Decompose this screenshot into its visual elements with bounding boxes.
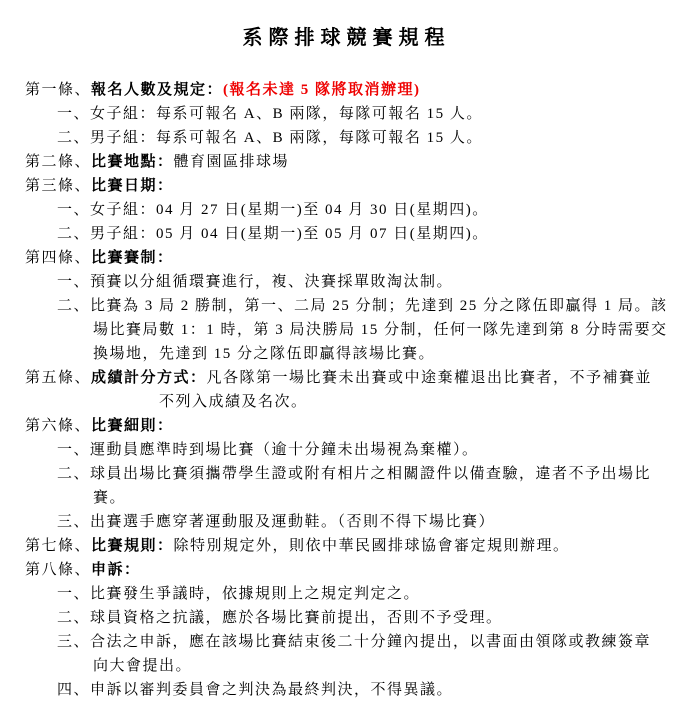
article-heading: 比賽細則：: [91, 418, 174, 434]
text-segment: 第三條、: [25, 178, 91, 194]
text-segment: 除特別規定外，則依中華民國排球協會審定規則辦理。: [174, 538, 570, 554]
text-segment: 第七條、: [25, 538, 91, 554]
text-segment: 第八條、: [25, 562, 91, 578]
document-line: 第二條、比賽地點：體育園區排球場: [0, 150, 693, 174]
text-segment: 三、出賽選手應穿著運動服及運動鞋。（否則不得下場比賽）: [57, 514, 495, 530]
text-segment: 場比賽局數 1：1 時，第 3 局決勝局 15 分制，任何一隊先達到第 8 分時…: [93, 322, 668, 338]
document-line: 第四條、比賽賽制：: [0, 246, 693, 270]
document-line: 二、比賽為 3 局 2 勝制，第一、二局 25 分制；先達到 25 分之隊伍即贏…: [0, 294, 693, 318]
text-segment: 第一條、: [25, 82, 91, 98]
article-heading: 比賽規則：: [91, 538, 174, 554]
document-line: 第八條、申訴：: [0, 558, 693, 582]
text-segment: 一、女子組：04 月 27 日(星期一)至 04 月 30 日(星期四)。: [57, 202, 489, 218]
text-segment: 第六條、: [25, 418, 91, 434]
document-line: 賽。: [0, 486, 693, 510]
document-line: 四、申訴以審判委員會之判決為最終判決，不得異議。: [0, 678, 693, 702]
text-segment: 二、球員資格之抗議，應於各場比賽前提出，否則不予受理。: [57, 610, 503, 626]
document-line: 一、預賽以分組循環賽進行，複、決賽採單敗淘汰制。: [0, 270, 693, 294]
document-title: 系際排球競賽規程: [0, 24, 693, 52]
document-line: 第五條、成績計分方式：凡各隊第一場比賽未出賽或中途棄權退出比賽者，不予補賽並: [0, 366, 693, 390]
article-heading: 報名人數及規定：: [91, 82, 223, 98]
document-line: 第六條、比賽細則：: [0, 414, 693, 438]
document-line: 一、女子組：04 月 27 日(星期一)至 04 月 30 日(星期四)。: [0, 198, 693, 222]
text-segment: 三、合法之申訴，應在該場比賽結束後二十分鐘內提出，以書面由領隊或教練簽章: [57, 634, 651, 650]
text-segment: 賽。: [93, 490, 126, 506]
document-line: 一、比賽發生爭議時，依據規則上之規定判定之。: [0, 582, 693, 606]
text-segment: 二、男子組：每系可報名 A、B 兩隊，每隊可報名 15 人。: [57, 130, 483, 146]
text-segment: 一、預賽以分組循環賽進行，複、決賽採單敗淘汰制。: [57, 274, 453, 290]
article-heading: 比賽賽制：: [91, 250, 174, 266]
document-line: 向大會提出。: [0, 654, 693, 678]
text-segment: 四、申訴以審判委員會之判決為最終判決，不得異議。: [57, 682, 453, 698]
document-line: 場比賽局數 1：1 時，第 3 局決勝局 15 分制，任何一隊先達到第 8 分時…: [0, 318, 693, 342]
document-line: 換場地，先達到 15 分之隊伍即贏得該場比賽。: [0, 342, 693, 366]
article-heading: 比賽地點：: [91, 154, 174, 170]
text-segment: 一、女子組：每系可報名 A、B 兩隊，每隊可報名 15 人。: [57, 106, 483, 122]
article-heading: 比賽日期：: [91, 178, 174, 194]
highlight-note: (報名未達 5 隊將取消辦理): [223, 82, 421, 98]
document-line: 二、球員資格之抗議，應於各場比賽前提出，否則不予受理。: [0, 606, 693, 630]
text-segment: 凡各隊第一場比賽未出賽或中途棄權退出比賽者，不予補賽並: [207, 370, 653, 386]
document-line: 第一條、報名人數及規定：(報名未達 5 隊將取消辦理): [0, 78, 693, 102]
text-segment: 一、運動員應準時到場比賽（逾十分鐘未出場視為棄權）。: [57, 442, 479, 458]
text-segment: 不列入成績及名次。: [159, 394, 308, 410]
document-line: 第七條、比賽規則：除特別規定外，則依中華民國排球協會審定規則辦理。: [0, 534, 693, 558]
document-line: 三、出賽選手應穿著運動服及運動鞋。（否則不得下場比賽）: [0, 510, 693, 534]
text-segment: 向大會提出。: [93, 658, 192, 674]
text-segment: 第二條、: [25, 154, 91, 170]
text-segment: 一、比賽發生爭議時，依據規則上之規定判定之。: [57, 586, 420, 602]
text-segment: 二、球員出場比賽須攜帶學生證或附有相片之相關證件以備查驗，違者不予出場比: [57, 466, 651, 482]
article-heading: 成績計分方式：: [91, 370, 207, 386]
document-line: 一、運動員應準時到場比賽（逾十分鐘未出場視為棄權）。: [0, 438, 693, 462]
article-heading: 申訴：: [91, 562, 141, 578]
text-segment: 第五條、: [25, 370, 91, 386]
document-page: 系際排球競賽規程 第一條、報名人數及規定：(報名未達 5 隊將取消辦理)一、女子…: [0, 0, 693, 705]
document-line: 二、男子組：每系可報名 A、B 兩隊，每隊可報名 15 人。: [0, 126, 693, 150]
text-segment: 體育園區排球場: [174, 154, 290, 170]
text-segment: 第四條、: [25, 250, 91, 266]
document-line: 一、女子組：每系可報名 A、B 兩隊，每隊可報名 15 人。: [0, 102, 693, 126]
document-line: 二、男子組：05 月 04 日(星期一)至 05 月 07 日(星期四)。: [0, 222, 693, 246]
document-body: 第一條、報名人數及規定：(報名未達 5 隊將取消辦理)一、女子組：每系可報名 A…: [0, 78, 693, 702]
document-line: 三、合法之申訴，應在該場比賽結束後二十分鐘內提出，以書面由領隊或教練簽章: [0, 630, 693, 654]
text-segment: 二、男子組：05 月 04 日(星期一)至 05 月 07 日(星期四)。: [57, 226, 489, 242]
document-line: 二、球員出場比賽須攜帶學生證或附有相片之相關證件以備查驗，違者不予出場比: [0, 462, 693, 486]
text-segment: 換場地，先達到 15 分之隊伍即贏得該場比賽。: [93, 346, 435, 362]
text-segment: 二、比賽為 3 局 2 勝制，第一、二局 25 分制；先達到 25 分之隊伍即贏…: [57, 298, 668, 314]
document-line: 第三條、比賽日期：: [0, 174, 693, 198]
document-line: 不列入成績及名次。: [0, 390, 693, 414]
